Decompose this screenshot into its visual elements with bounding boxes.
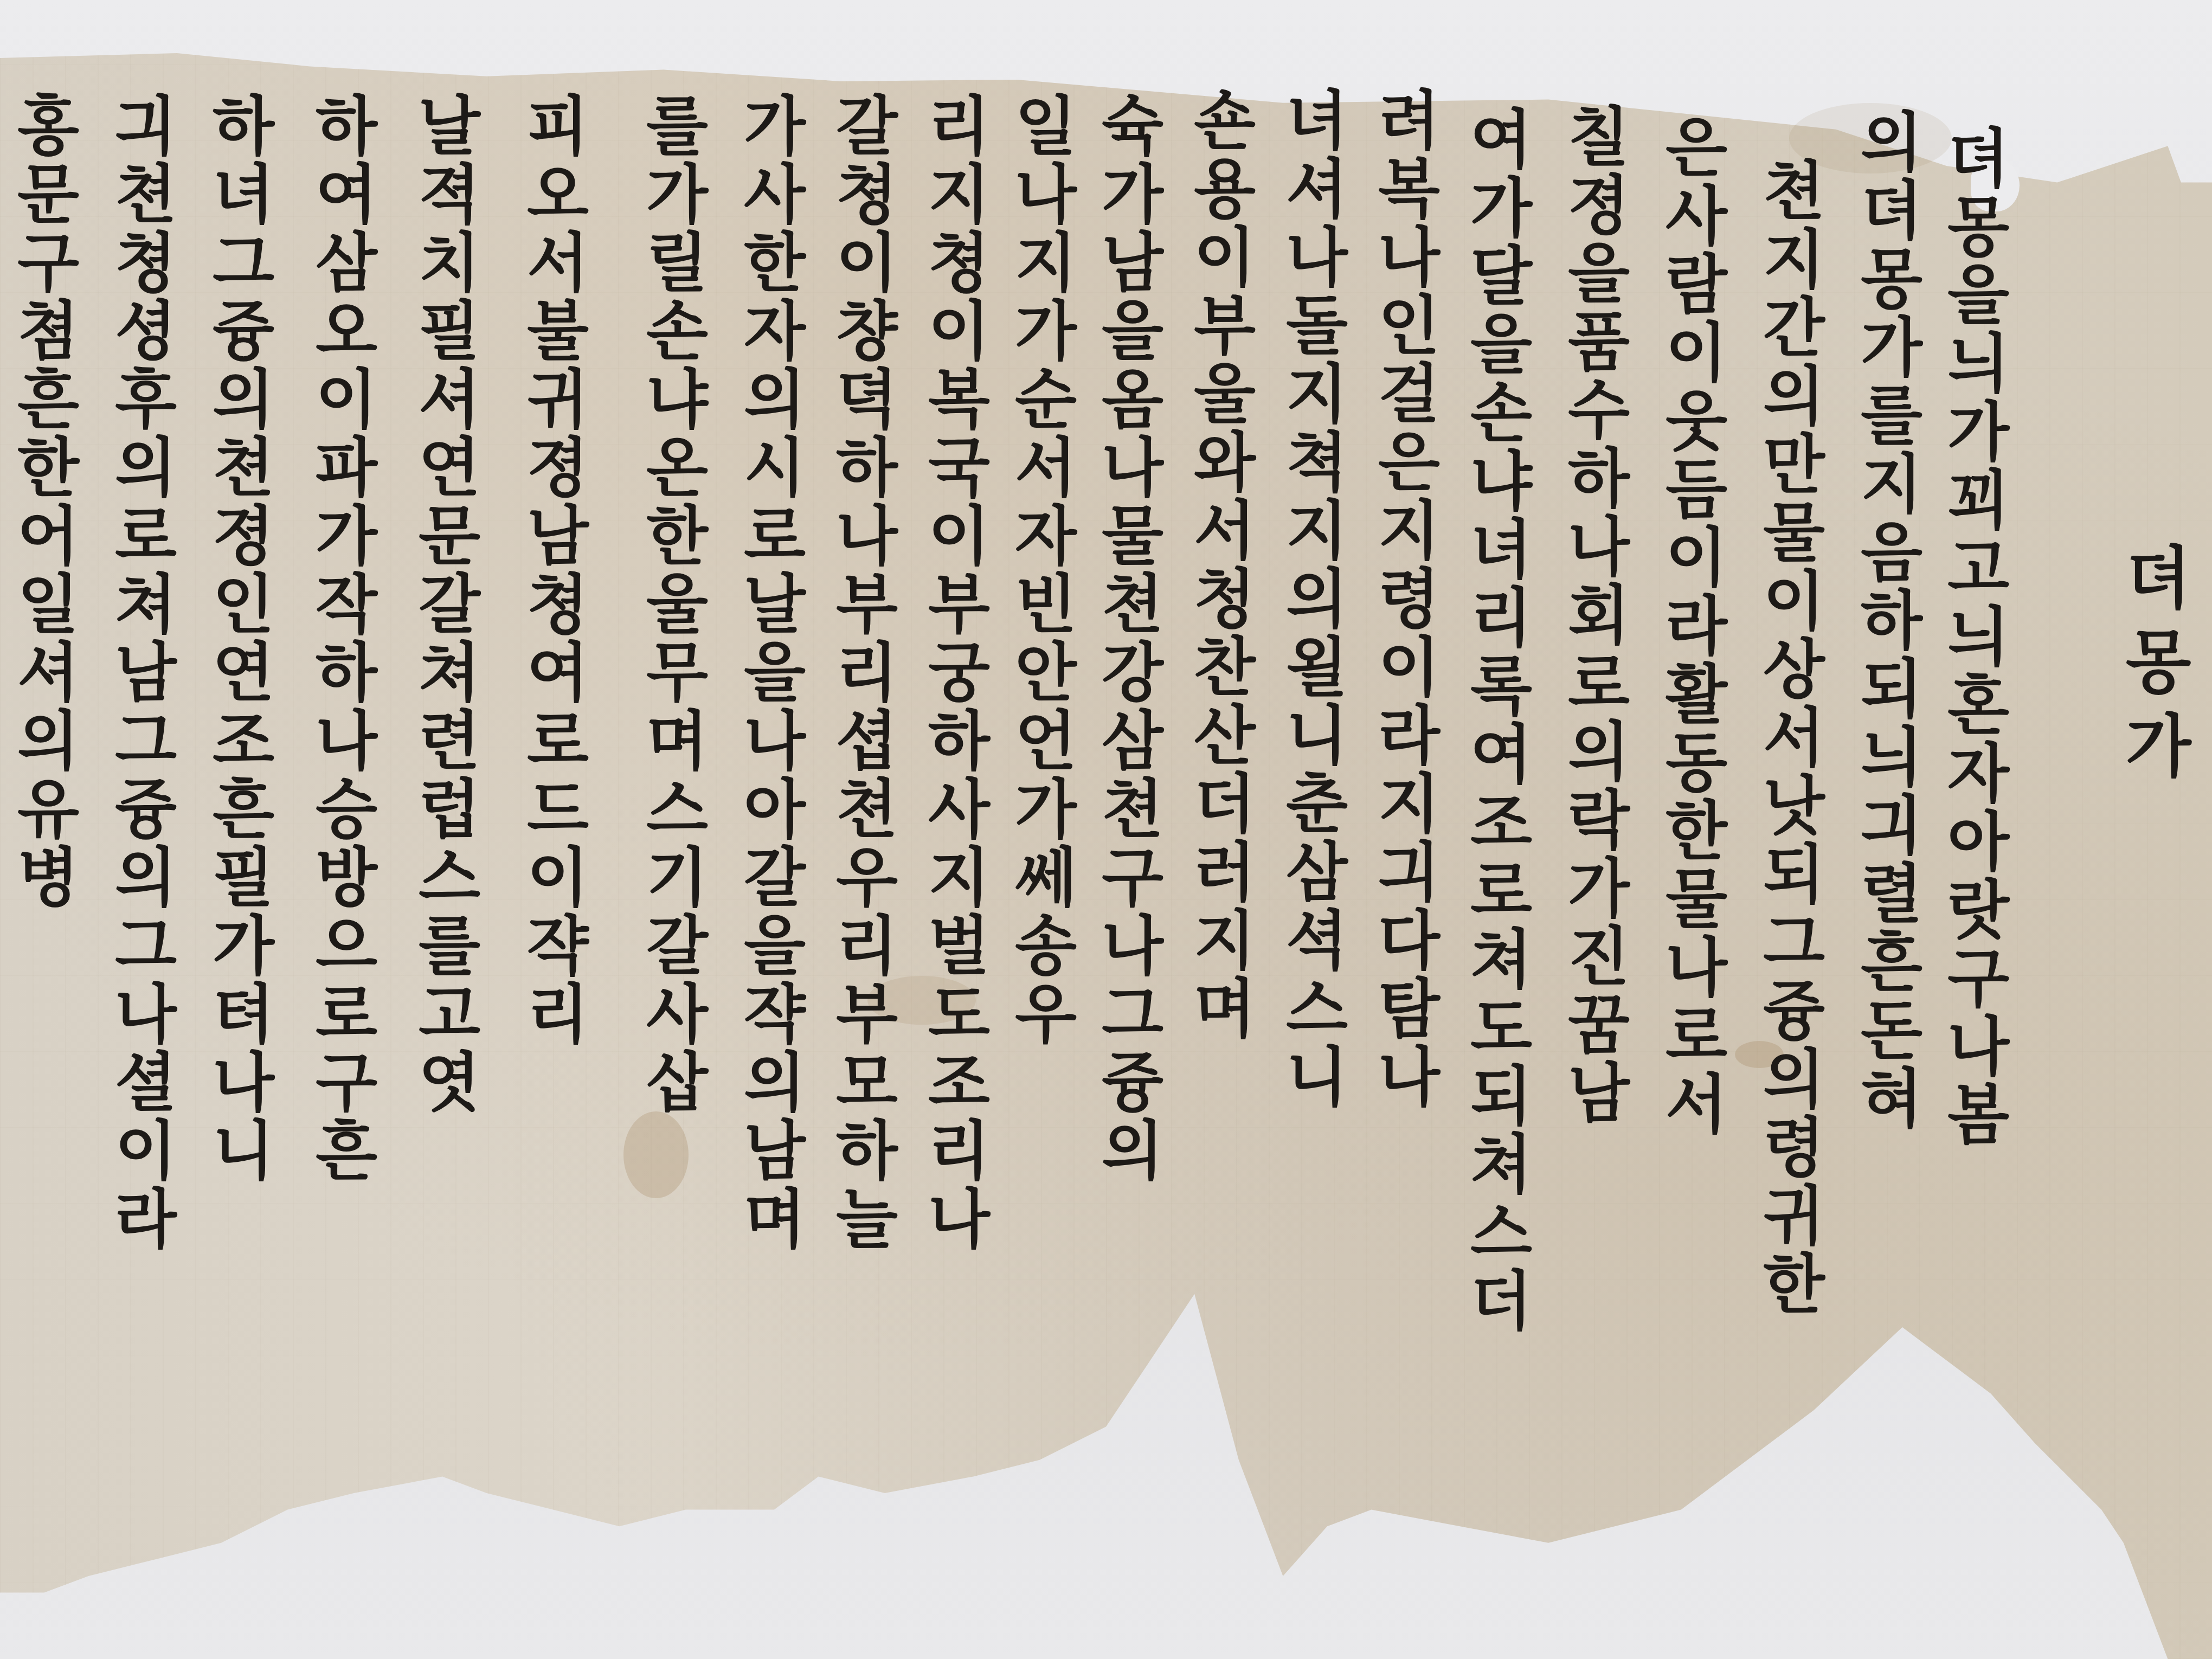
- text-column: 의뎌몽가를지음하되늬긔렬흔돈혀: [1854, 108, 1918, 1133]
- manuscript-title: 뎌몽가: [2104, 542, 2201, 794]
- water-stain: [623, 1111, 689, 1198]
- text-column: 피오서불귀졍남쳥여로드이쟉리: [520, 92, 584, 1049]
- text-column: 하녀그즁의쳔졍인연조흔필가텨나니: [206, 92, 270, 1185]
- text-column: 를가릴손냐온한울무며스기갈사삽: [640, 92, 704, 1117]
- text-column: 뎌몽을늬가꾀고늬혼자아랏구나봄: [1941, 125, 2005, 1149]
- text-column: 여가달을손냐녀리록여조로쳐도되쳐스더: [1464, 106, 1528, 1335]
- text-column: 칠졍을품수하나회로의락가진꿈남: [1561, 103, 1625, 1128]
- text-column: 홍문구쳠흔한어일셔의유병: [11, 92, 75, 912]
- text-column: 슉가남을옴나물쳔강삼쳔구나그즁의: [1095, 92, 1159, 1185]
- text-column: 갈쳥이챵뎍하나부리셥쳔우리부모하늘: [829, 92, 893, 1253]
- text-column: 하여삼오이파가작하나승방으로구흔: [309, 92, 373, 1185]
- text-column: 려복나인걸은지령이라지긔다탐나: [1372, 87, 1436, 1111]
- text-column: 리지쳥이복국이부궁하사지벌도조리나: [922, 92, 986, 1253]
- text-column: 날젹치필셔연문갈쳐련럽스를고엿: [412, 92, 476, 1117]
- text-column: 숀용이부울와서청찬산더러지며: [1187, 87, 1251, 1043]
- text-column: 은사람이웃듬이라활동한물나로서: [1659, 114, 1723, 1139]
- text-column: 긔쳔쳥셩후의로쳐남그즁의그나셜이라: [108, 92, 172, 1253]
- text-column: 가사한자의시로날을나아갈을쟉의남며: [737, 92, 801, 1253]
- text-column: 쳔지간의만물이상서낫되그즁의령귀한: [1757, 157, 1821, 1319]
- text-column: 일나지가순서자빈안언가쎄송우: [1008, 92, 1072, 1049]
- text-column: 녀셔나돌지쳑지의욀니춘삼셕스니: [1279, 87, 1343, 1111]
